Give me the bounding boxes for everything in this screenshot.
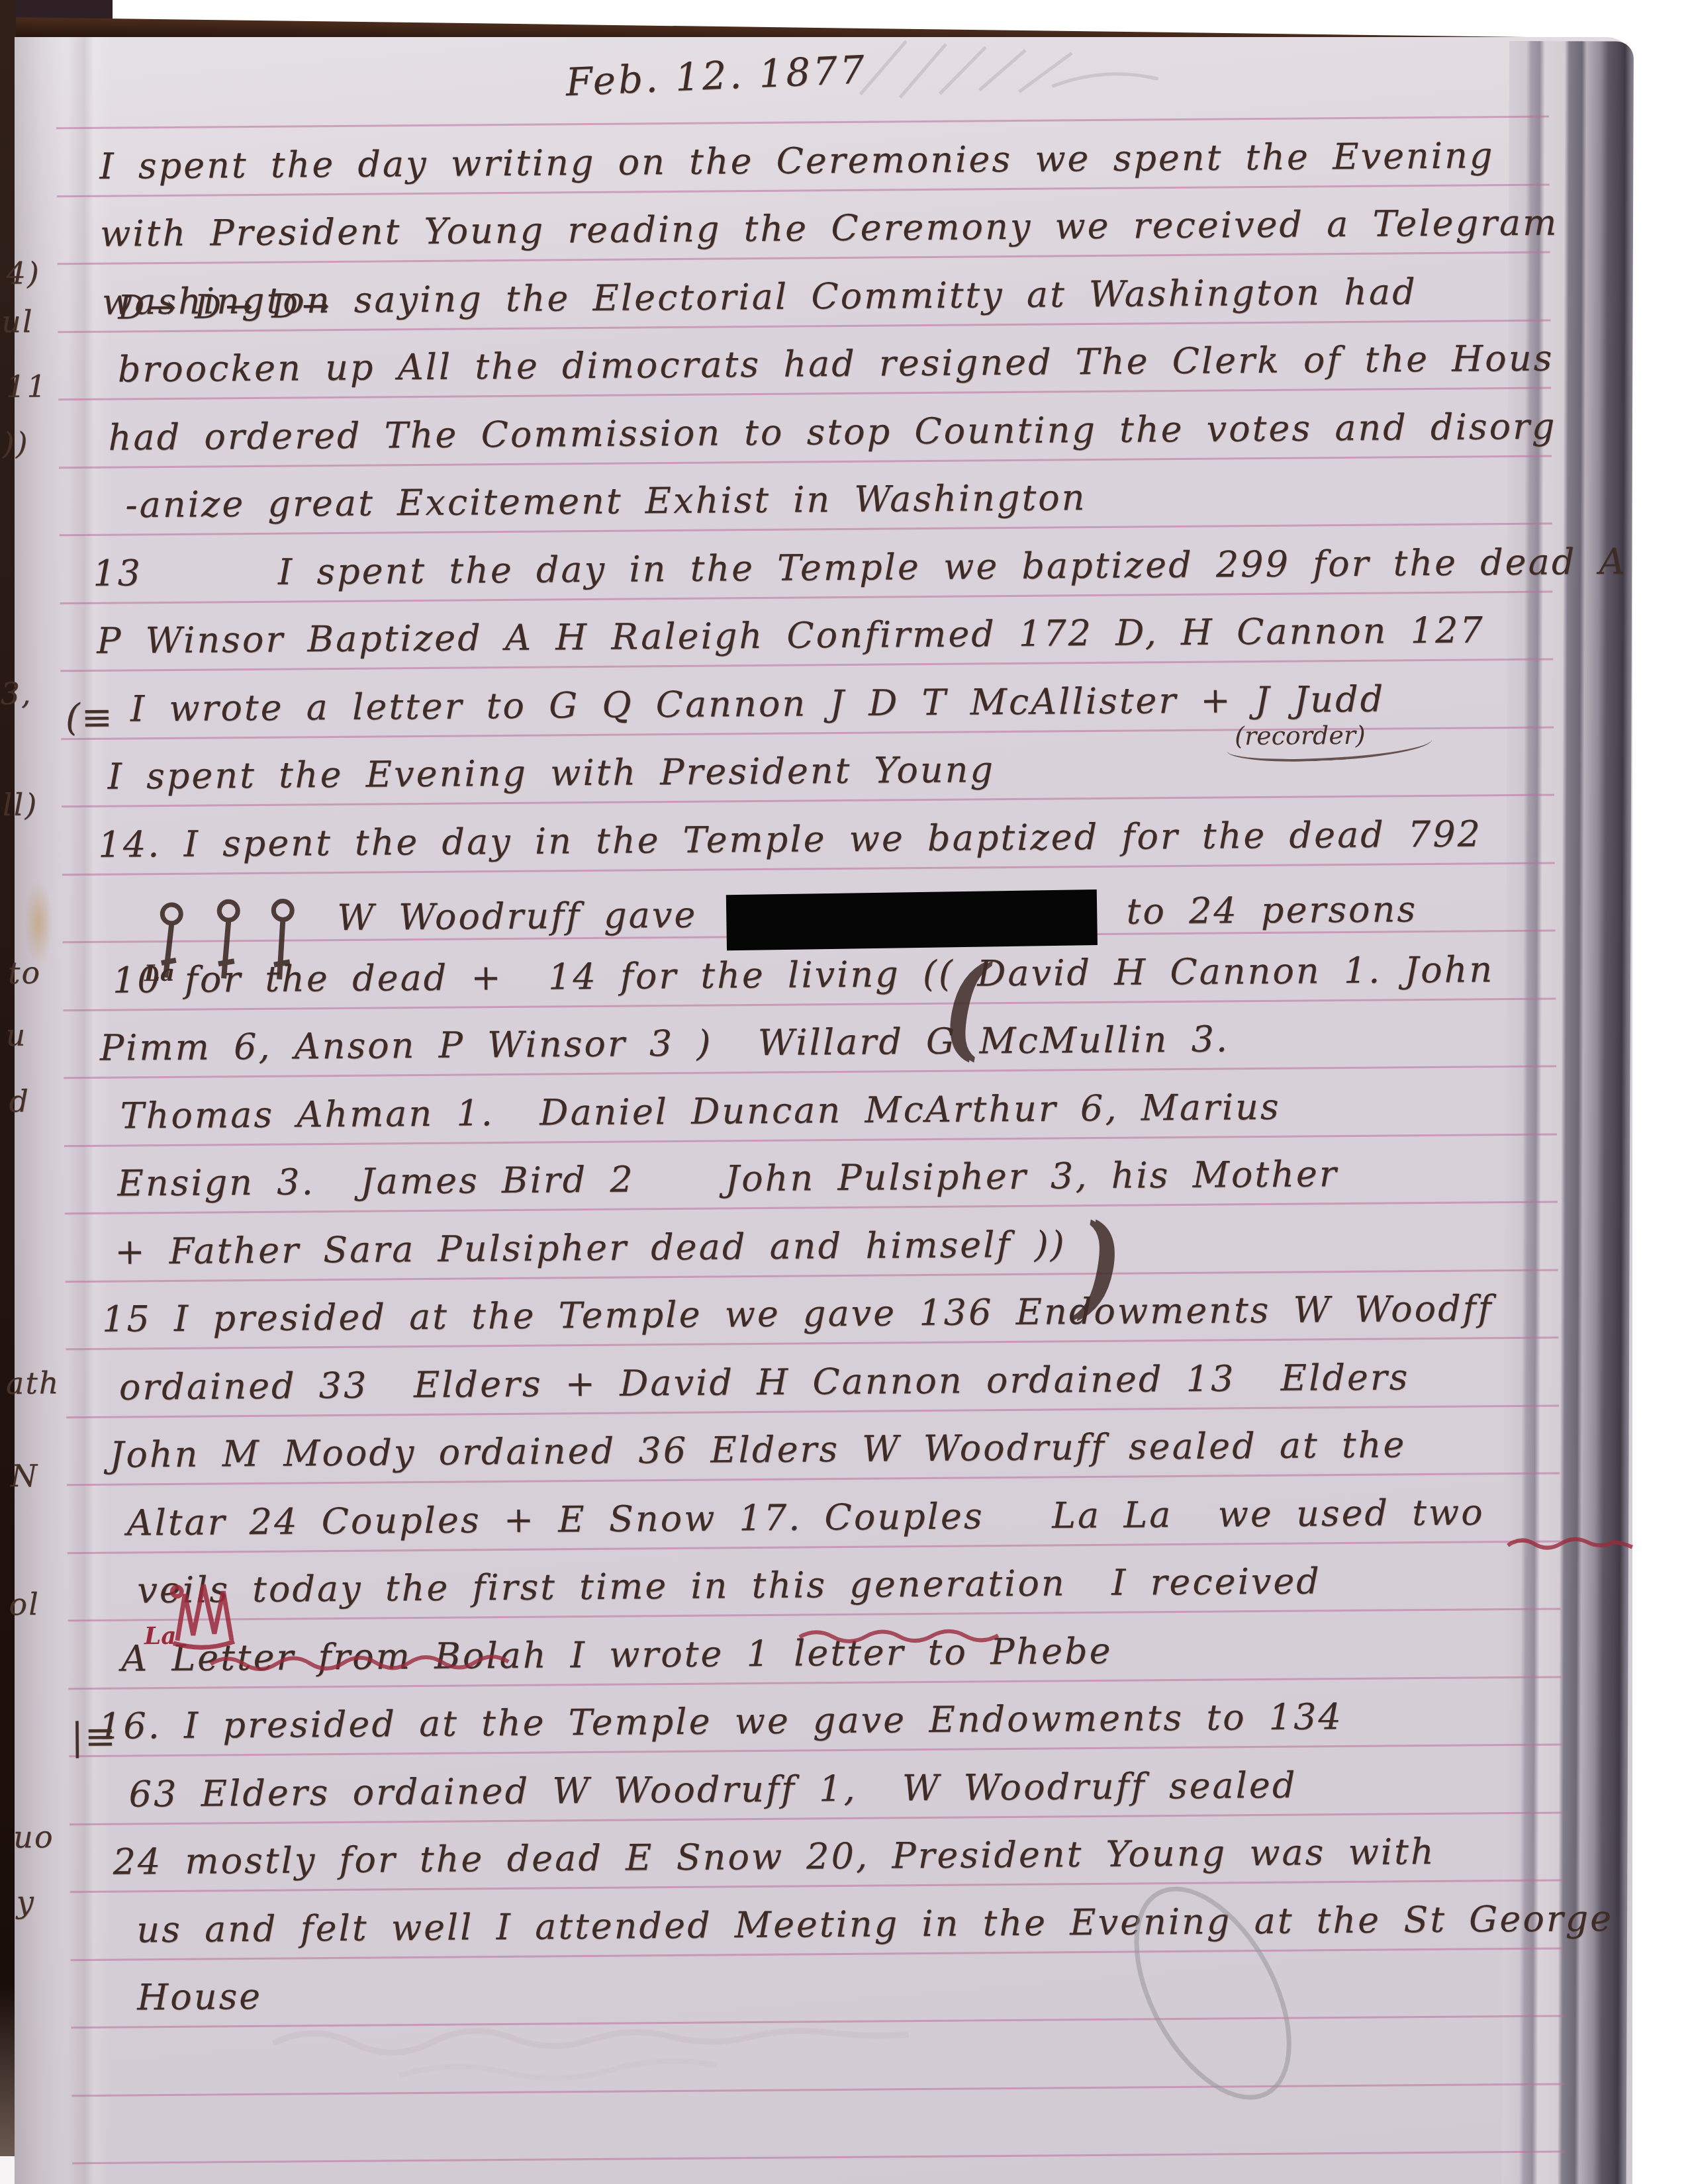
- binding-left-edge: [0, 0, 16, 2158]
- paper-stain: [24, 880, 53, 966]
- paper-left-shadow: [15, 37, 64, 2184]
- journal-page-scan: Feb. 12. 1877 D→ D→ D→ I spent the day w…: [0, 0, 1688, 2184]
- gutter-crease: [68, 37, 110, 2184]
- margin-fragments: 4)ul11))3,(≡ll)toudathNol|≡uoy: [0, 0, 1687, 1]
- paper-sheet: [15, 37, 1632, 2184]
- page-edge-stack: [1502, 41, 1634, 2184]
- journal-lines: I spent the day writing on the Ceremonie…: [0, 0, 1687, 1]
